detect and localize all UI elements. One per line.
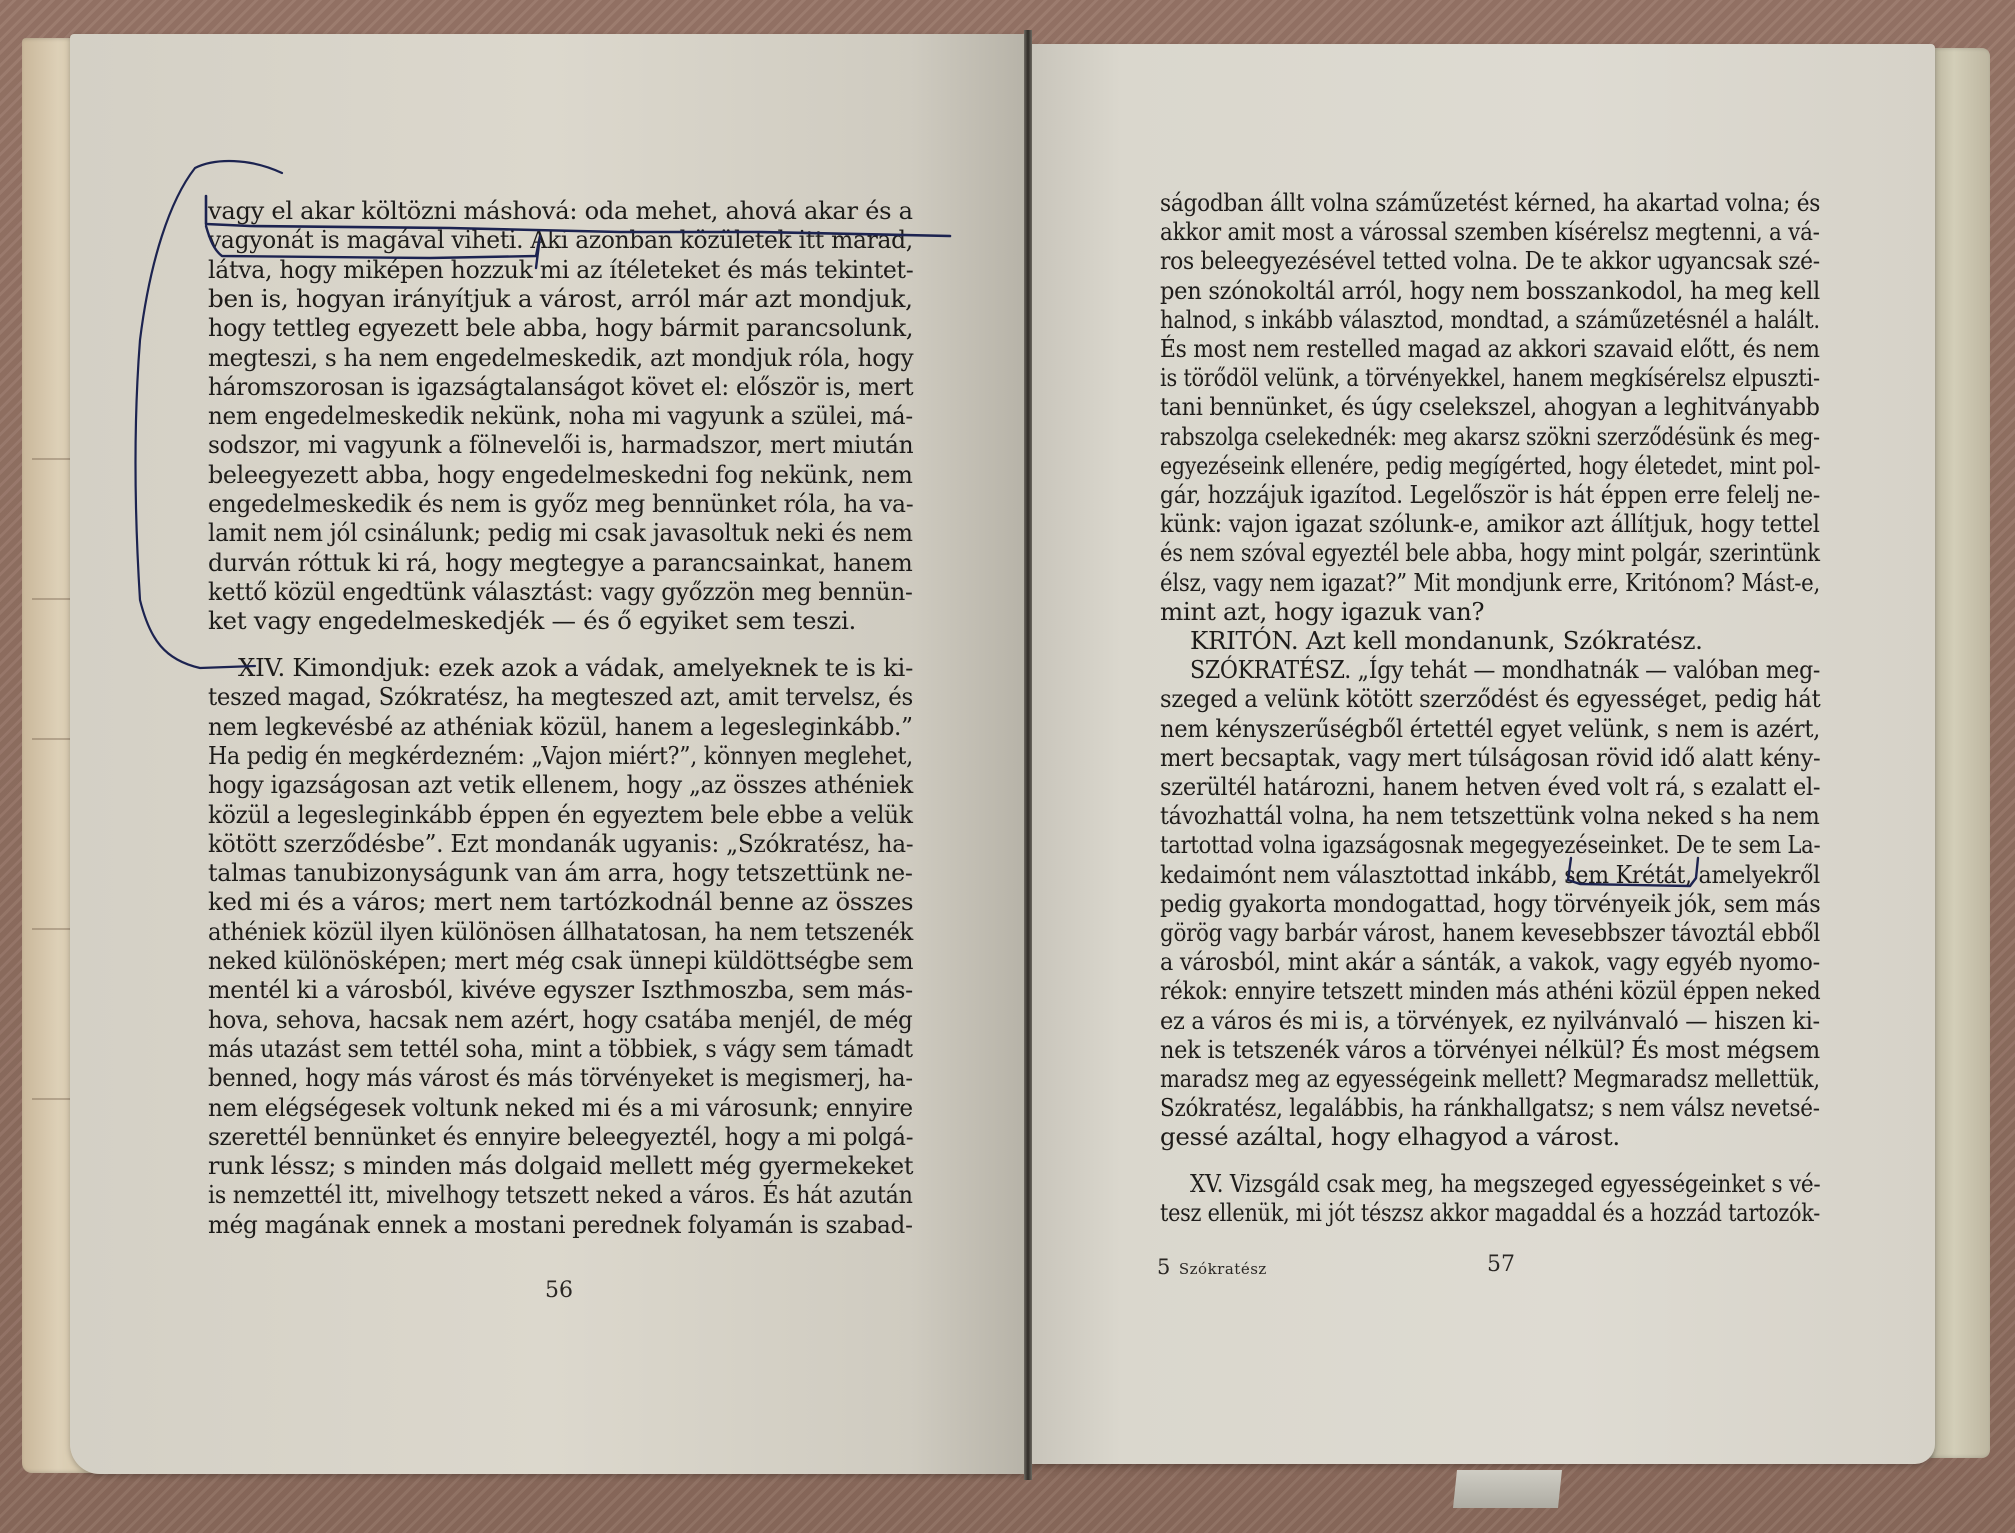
text-line: neked különösképen; mert még csak ünnepi… xyxy=(208,946,913,975)
text-line: durván róttuk ki rá, hogy megtegye a par… xyxy=(208,548,913,577)
text-line: tesz ellenük, mi jót tészsz akkor magadd… xyxy=(1160,1198,1820,1227)
text-line: benned, hogy más várost és más törvények… xyxy=(208,1063,913,1092)
page-number-left: 56 xyxy=(545,1278,573,1303)
binding-tear xyxy=(32,598,72,600)
text-line: runk léssz; s minden más dolgaid mellett… xyxy=(208,1151,913,1180)
text-line: szerettél bennünket és ennyire beleegyez… xyxy=(208,1122,913,1151)
text-line: ket vagy engedelmeskedjék — és ő egyiket… xyxy=(208,606,856,635)
text-line: sodszor, mi vagyunk a fölnevelői is, har… xyxy=(208,430,913,459)
book-cover-right-edge xyxy=(1930,48,1990,1458)
binding-tear xyxy=(32,458,72,460)
text-line: talmas tanubizonyságunk van ám arra, hog… xyxy=(208,858,913,887)
text-line: hova, sehova, hacsak nem azért, hogy csa… xyxy=(208,1005,913,1034)
text-line: nem kényszerűségből értettél egyet velün… xyxy=(1160,714,1820,743)
text-line: maradsz meg az egyességeink mellett? Meg… xyxy=(1160,1064,1820,1093)
text-line: nem engedelmeskedik nekünk, noha mi vagy… xyxy=(208,401,913,430)
text-line: akkor amit most a várossal szemben kísér… xyxy=(1160,217,1820,246)
signature-title: Szókratész xyxy=(1179,1260,1267,1278)
text-line: rabszolga cselekednék: meg akarsz szökni… xyxy=(1160,422,1820,451)
text-line: lamit nem jól csinálunk; pedig mi csak j… xyxy=(208,518,913,547)
text-line: más utazást sem tettél soha, mint a több… xyxy=(208,1034,913,1063)
text-line: nem legkevésbé az athéniak közül, hanem … xyxy=(208,712,913,741)
text-line: gár, hozzájuk igazítod. Legelőször is há… xyxy=(1160,480,1820,509)
text-line: mert becsaptak, vagy mert túlságosan röv… xyxy=(1160,743,1820,772)
text-line: mint azt, hogy igazuk van? xyxy=(1160,597,1484,626)
text-line: vagyonát is magával viheti. Aki azonban … xyxy=(208,225,913,254)
page-number-right: 57 xyxy=(1487,1252,1515,1277)
text-line: halnod, s inkább választod, mondtad, a s… xyxy=(1160,305,1820,334)
text-line: nek is tetszenék város a törvényei nélkü… xyxy=(1160,1035,1820,1064)
text-line: athéniek közül ilyen különösen állhatato… xyxy=(208,917,913,946)
text-line: távozhattál volna, ha nem tetszettünk vo… xyxy=(1160,801,1820,830)
text-line: élsz, vagy nem igazat?” Mit mondjunk err… xyxy=(1160,568,1820,597)
text-line: teszed magad, Szókratész, ha megteszed a… xyxy=(208,682,913,711)
text-line: mentél ki a városból, kivéve egyszer Isz… xyxy=(208,975,913,1004)
text-line: beleegyezett abba, hogy engedelmeskedni … xyxy=(208,460,913,489)
text-line: rékok: ennyire tetszett minden más athén… xyxy=(1160,976,1820,1005)
binding-tear xyxy=(32,738,72,740)
text-line: Szókratész, legalábbis, ha ránkhallgatsz… xyxy=(1160,1093,1820,1122)
text-line: XIV. Kimondjuk: ezek azok a vádak, amely… xyxy=(238,653,913,682)
text-line: tartottad volna igazságosnak megegyezése… xyxy=(1160,830,1820,859)
text-line: KRITÓN. Azt kell mondanunk, Szókratész. xyxy=(1190,626,1703,655)
binding-tear xyxy=(32,928,72,930)
text-line: ked mi és a város; mert nem tartózkodnál… xyxy=(208,887,913,916)
signature-number: 5 xyxy=(1157,1255,1171,1279)
text-line: pedig gyakorta mondogattad, hogy törvény… xyxy=(1160,889,1820,918)
text-line: SZÓKRATÉSZ. „Így tehát — mondhatnák — va… xyxy=(1190,655,1820,684)
text-line: nem elégségesek voltunk neked mi és a mi… xyxy=(208,1093,913,1122)
text-line: is nemzettél itt, mivelhogy tetszett nek… xyxy=(208,1180,913,1209)
text-line: XV. Vizsgáld csak meg, ha megszeged egye… xyxy=(1190,1169,1820,1198)
text-line: közül a legesleginkább éppen én egyeztem… xyxy=(208,800,913,829)
text-line: ez a város és mi is, a törvények, ez nyi… xyxy=(1160,1006,1820,1035)
text-line: szeged a velünk kötött szerződést és egy… xyxy=(1160,684,1820,713)
text-line: ros beleegyezésével tetted volna. De te … xyxy=(1160,246,1820,275)
text-line: vagy el akar költözni máshová: oda mehet… xyxy=(208,196,913,225)
text-line: hogy igazságosan azt vetik ellenem, hogy… xyxy=(208,770,913,799)
text-line: látva, hogy miképen hozzuk mi az ítélete… xyxy=(208,255,913,284)
text-line: gessé azáltal, hogy elhagyod a várost. xyxy=(1160,1122,1620,1151)
text-line: szerültél határozni, hanem hetven éved v… xyxy=(1160,772,1820,801)
text-line: Ha pedig én megkérdezném: „Vajon miért?”… xyxy=(208,741,913,770)
text-line: pen szónokoltál arról, hogy nem bosszank… xyxy=(1160,276,1820,305)
text-line: kedaimónt nem választottad inkább, sem K… xyxy=(1160,860,1820,889)
text-line: is törődöl velünk, a törvényekkel, hanem… xyxy=(1160,363,1820,392)
book-gutter xyxy=(1024,30,1032,1480)
signature-mark: 5Szókratész xyxy=(1157,1255,1267,1279)
text-line: egyezéseink ellenére, pedig megígérted, … xyxy=(1160,451,1820,480)
text-line: görög vagy barbár várost, hanem kevesebb… xyxy=(1160,918,1820,947)
binding-tear xyxy=(32,1098,72,1100)
text-line: kötött szerződésbe”. Ezt mondanák ugyani… xyxy=(208,829,913,858)
text-line: tani bennünket, és úgy cselekszel, ahogy… xyxy=(1160,392,1820,421)
text-line: engedelmeskedik és nem is győz meg bennü… xyxy=(208,489,913,518)
text-line: künk: vajon igazat szólunk-e, amikor azt… xyxy=(1160,509,1820,538)
text-line: még magának ennek a mostani perednek fol… xyxy=(208,1210,913,1239)
text-line: kettő közül engedtünk választást: vagy g… xyxy=(208,577,913,606)
text-line: a városból, mint akár a sánták, a vakok,… xyxy=(1160,947,1820,976)
text-line: ben is, hogyan irányítjuk a várost, arró… xyxy=(208,284,913,313)
text-line: hogy tettleg egyezett bele abba, hogy bá… xyxy=(208,313,913,342)
loose-paper-insert xyxy=(1453,1470,1562,1508)
text-line: megteszi, s ha nem engedelmeskedik, azt … xyxy=(208,343,913,372)
text-line: És most nem restelled magad az akkori sz… xyxy=(1160,334,1820,363)
text-line: ságodban állt volna száműzetést kérned, … xyxy=(1160,188,1820,217)
text-line: és nem szóval egyeztél bele abba, hogy m… xyxy=(1160,538,1820,567)
text-line: háromszorosan is igazságtalanságot követ… xyxy=(208,372,913,401)
